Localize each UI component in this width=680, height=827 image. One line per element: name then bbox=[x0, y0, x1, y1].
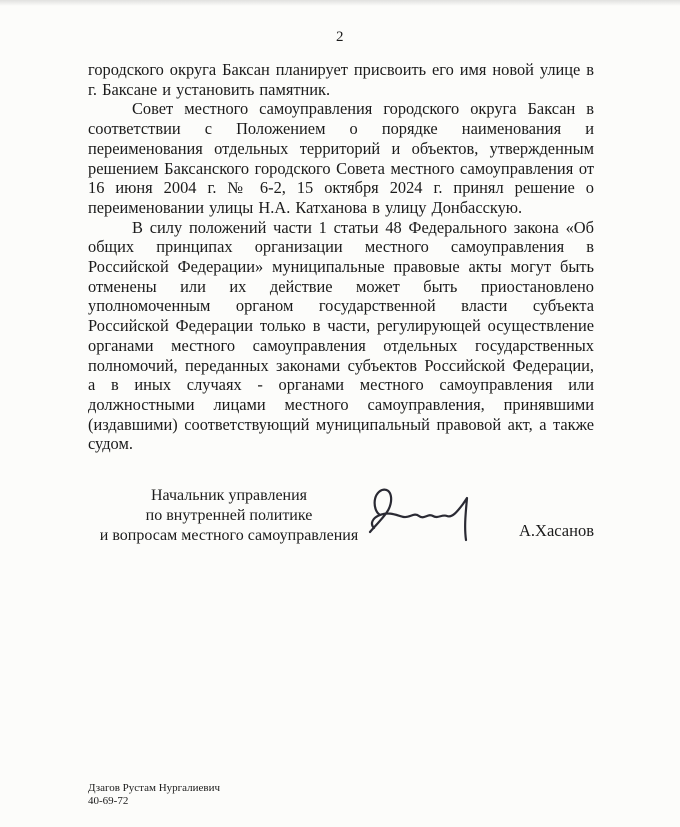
footer-contact: Дзагов Рустам Нургалиевич 40-69-72 bbox=[88, 782, 220, 808]
signer-position-line: по внутренней политике bbox=[88, 506, 370, 526]
signer-position: Начальник управления по внутренней полит… bbox=[88, 486, 370, 546]
document-body: городского округа Баксан планирует присв… bbox=[88, 60, 594, 454]
handwritten-signature-icon bbox=[360, 482, 480, 546]
signer-name: А.Хасанов bbox=[519, 521, 594, 541]
body-paragraph: городского округа Баксан планирует присв… bbox=[88, 60, 594, 99]
body-paragraph: Совет местного самоуправления городского… bbox=[88, 99, 594, 217]
signer-position-line: Начальник управления bbox=[88, 486, 370, 506]
signature-block: Начальник управления по внутренней полит… bbox=[88, 484, 594, 554]
document-page: 2 городского округа Баксан планирует при… bbox=[0, 0, 680, 827]
contact-name: Дзагов Рустам Нургалиевич bbox=[88, 782, 220, 795]
body-paragraph: В силу положений части 1 статьи 48 Федер… bbox=[88, 218, 594, 454]
page-number: 2 bbox=[0, 29, 680, 46]
signer-position-line: и вопросам местного самоуправления bbox=[88, 526, 370, 546]
scan-edge-shading bbox=[0, 0, 680, 6]
contact-phone: 40-69-72 bbox=[88, 795, 220, 808]
